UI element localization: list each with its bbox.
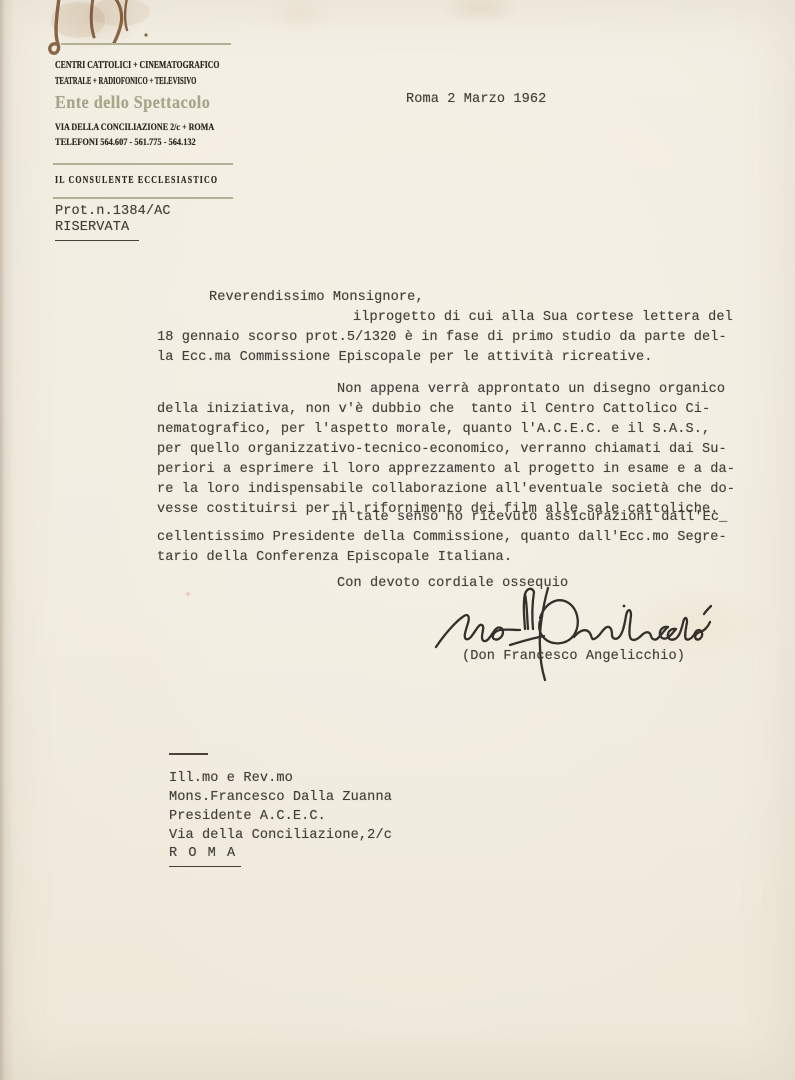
body-paragraph-2: Non appena verrà approntato un disegno o… bbox=[157, 380, 787, 520]
body-paragraph-1: ilprogetto di cui alla Sua cortese lette… bbox=[157, 308, 787, 368]
letterhead-org-line2: TEATRALE + RADIOFONICO + TELEVISIVO bbox=[55, 76, 196, 87]
salutation: Reverendissimo Monsignore, bbox=[209, 288, 609, 308]
letterhead-org-line1: CENTRI CATTOLICI + CINEMATOGRAFICO bbox=[55, 60, 219, 71]
letterhead-role: IL CONSULENTE ECCLESIASTICO bbox=[55, 175, 218, 186]
signature-caption: (Don Francesco Angelicchio) bbox=[462, 647, 795, 667]
letterhead-brand: Ente dello Spettacolo bbox=[55, 92, 210, 113]
letterhead-middle-rule bbox=[53, 163, 233, 165]
classification-riservata: RISERVATA bbox=[55, 218, 139, 241]
letter-page: CENTRI CATTOLICI + CINEMATOGRAFICO TEATR… bbox=[0, 0, 795, 1080]
body-paragraph-3: In tale senso ho ricevuto assicurazioni … bbox=[157, 508, 787, 568]
pen-scribble-icon bbox=[48, 0, 178, 68]
protocol-number: Prot.n.1384/AC bbox=[55, 202, 685, 222]
recipient-address: Ill.mo e Rev.mo Mons.Francesco Dalla Zua… bbox=[169, 769, 569, 845]
signature-scrawl-icon bbox=[428, 585, 688, 685]
recipient-dash-mark bbox=[169, 753, 208, 755]
letterhead-top-rule bbox=[61, 43, 231, 45]
letterhead-phones: TELEFONI 564.607 - 561.775 - 564.132 bbox=[55, 138, 196, 148]
recipient-city: R O M A bbox=[169, 844, 241, 867]
letterhead-address: VIA DELLA CONCILIAZIONE 2/c + ROMA bbox=[55, 123, 214, 133]
letterhead-bottom-rule bbox=[53, 197, 233, 199]
date-line: Roma 2 Marzo 1962 bbox=[406, 90, 795, 110]
